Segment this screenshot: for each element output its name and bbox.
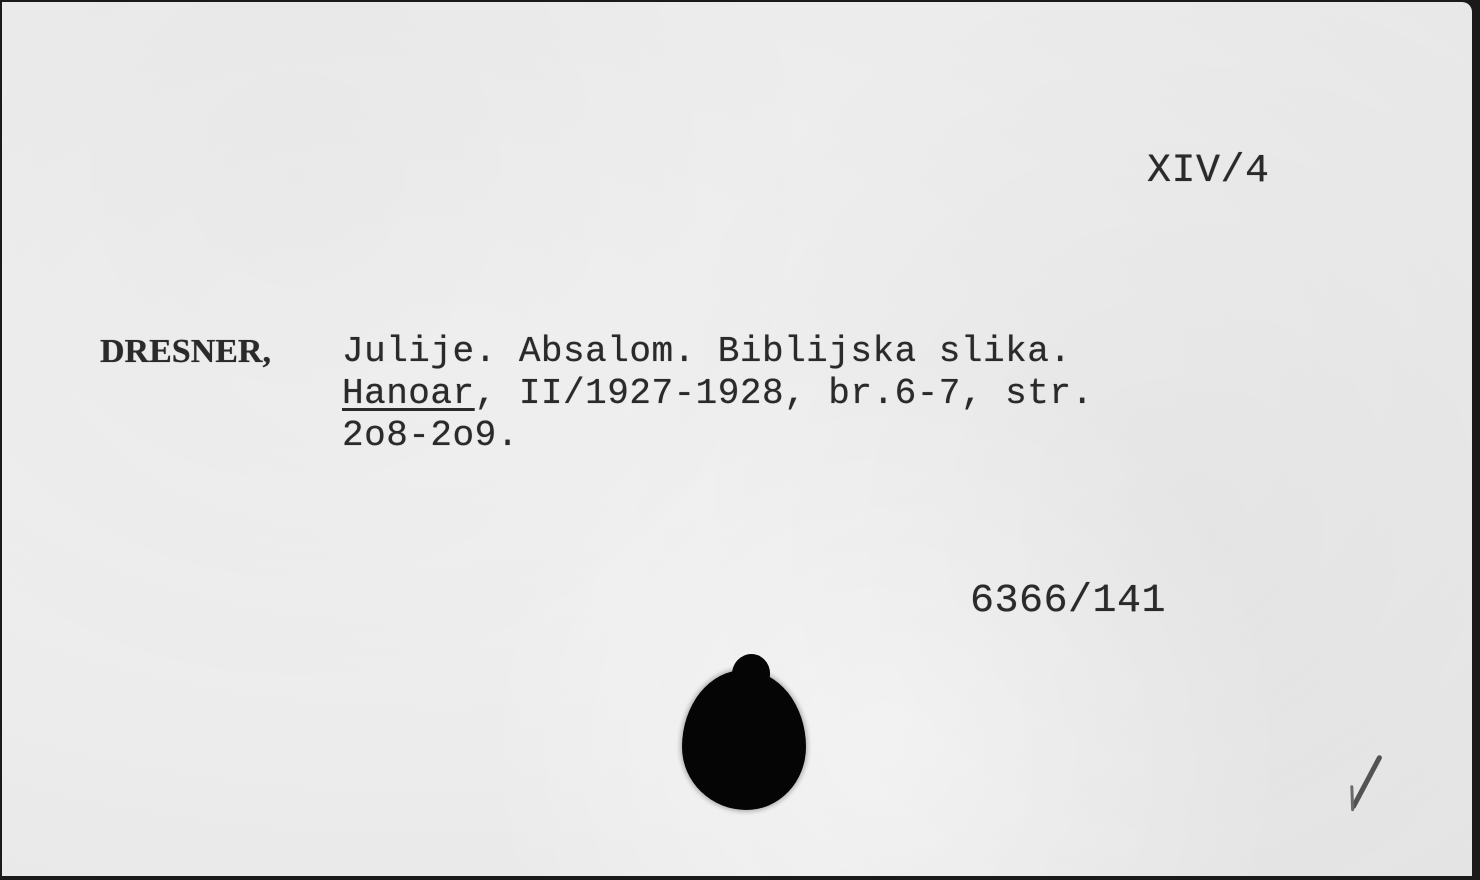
punch-hole xyxy=(682,670,806,810)
catalog-card: XIV/4 DRESNER, Julije. Absalom. Biblijsk… xyxy=(2,2,1472,876)
entry-line-3: 2o8-2o9. xyxy=(342,416,519,456)
call-number-top: XIV/4 xyxy=(1147,152,1270,192)
journal-title: Hanoar xyxy=(342,373,475,414)
handwritten-mark-icon xyxy=(1350,754,1383,809)
entry-line-2-rest: , II/1927-1928, br.6-7, str. xyxy=(475,373,1094,414)
entry-line-2: Hanoar, II/1927-1928, br.6-7, str. xyxy=(342,374,1094,414)
author-surname: DRESNER, xyxy=(100,332,271,372)
call-number-bottom: 6366/141 xyxy=(970,582,1166,622)
entry-line-1: Julije. Absalom. Biblijska slika. xyxy=(342,332,1071,372)
